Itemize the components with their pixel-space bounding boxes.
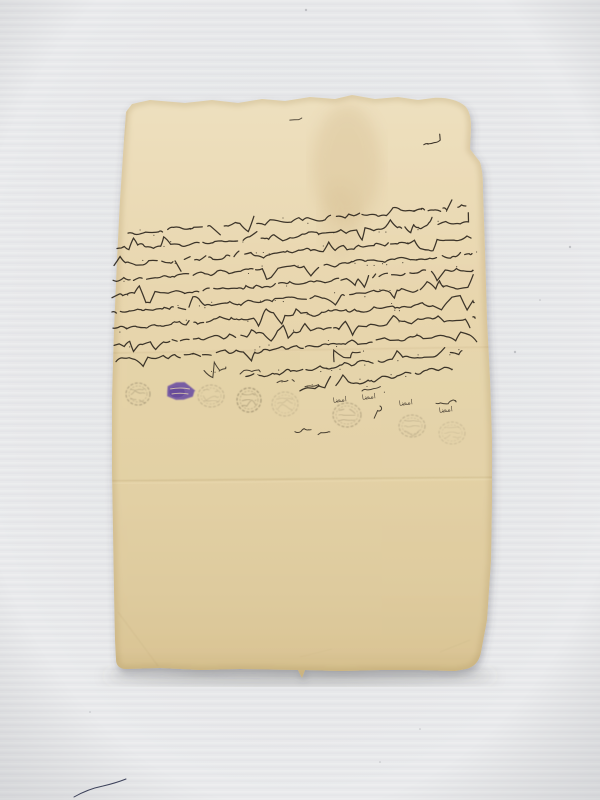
paper-group: [100, 95, 500, 680]
imza-label: امضا: [398, 398, 413, 408]
imza-label: امضا: [361, 392, 376, 402]
photo: امضا امضا امضا امضا: [0, 0, 600, 800]
imza-label: امضا: [438, 405, 453, 415]
scene-svg: امضا امضا امضا امضا: [0, 0, 600, 800]
imza-label: امضا: [332, 395, 347, 405]
paper-shading: [100, 95, 500, 680]
